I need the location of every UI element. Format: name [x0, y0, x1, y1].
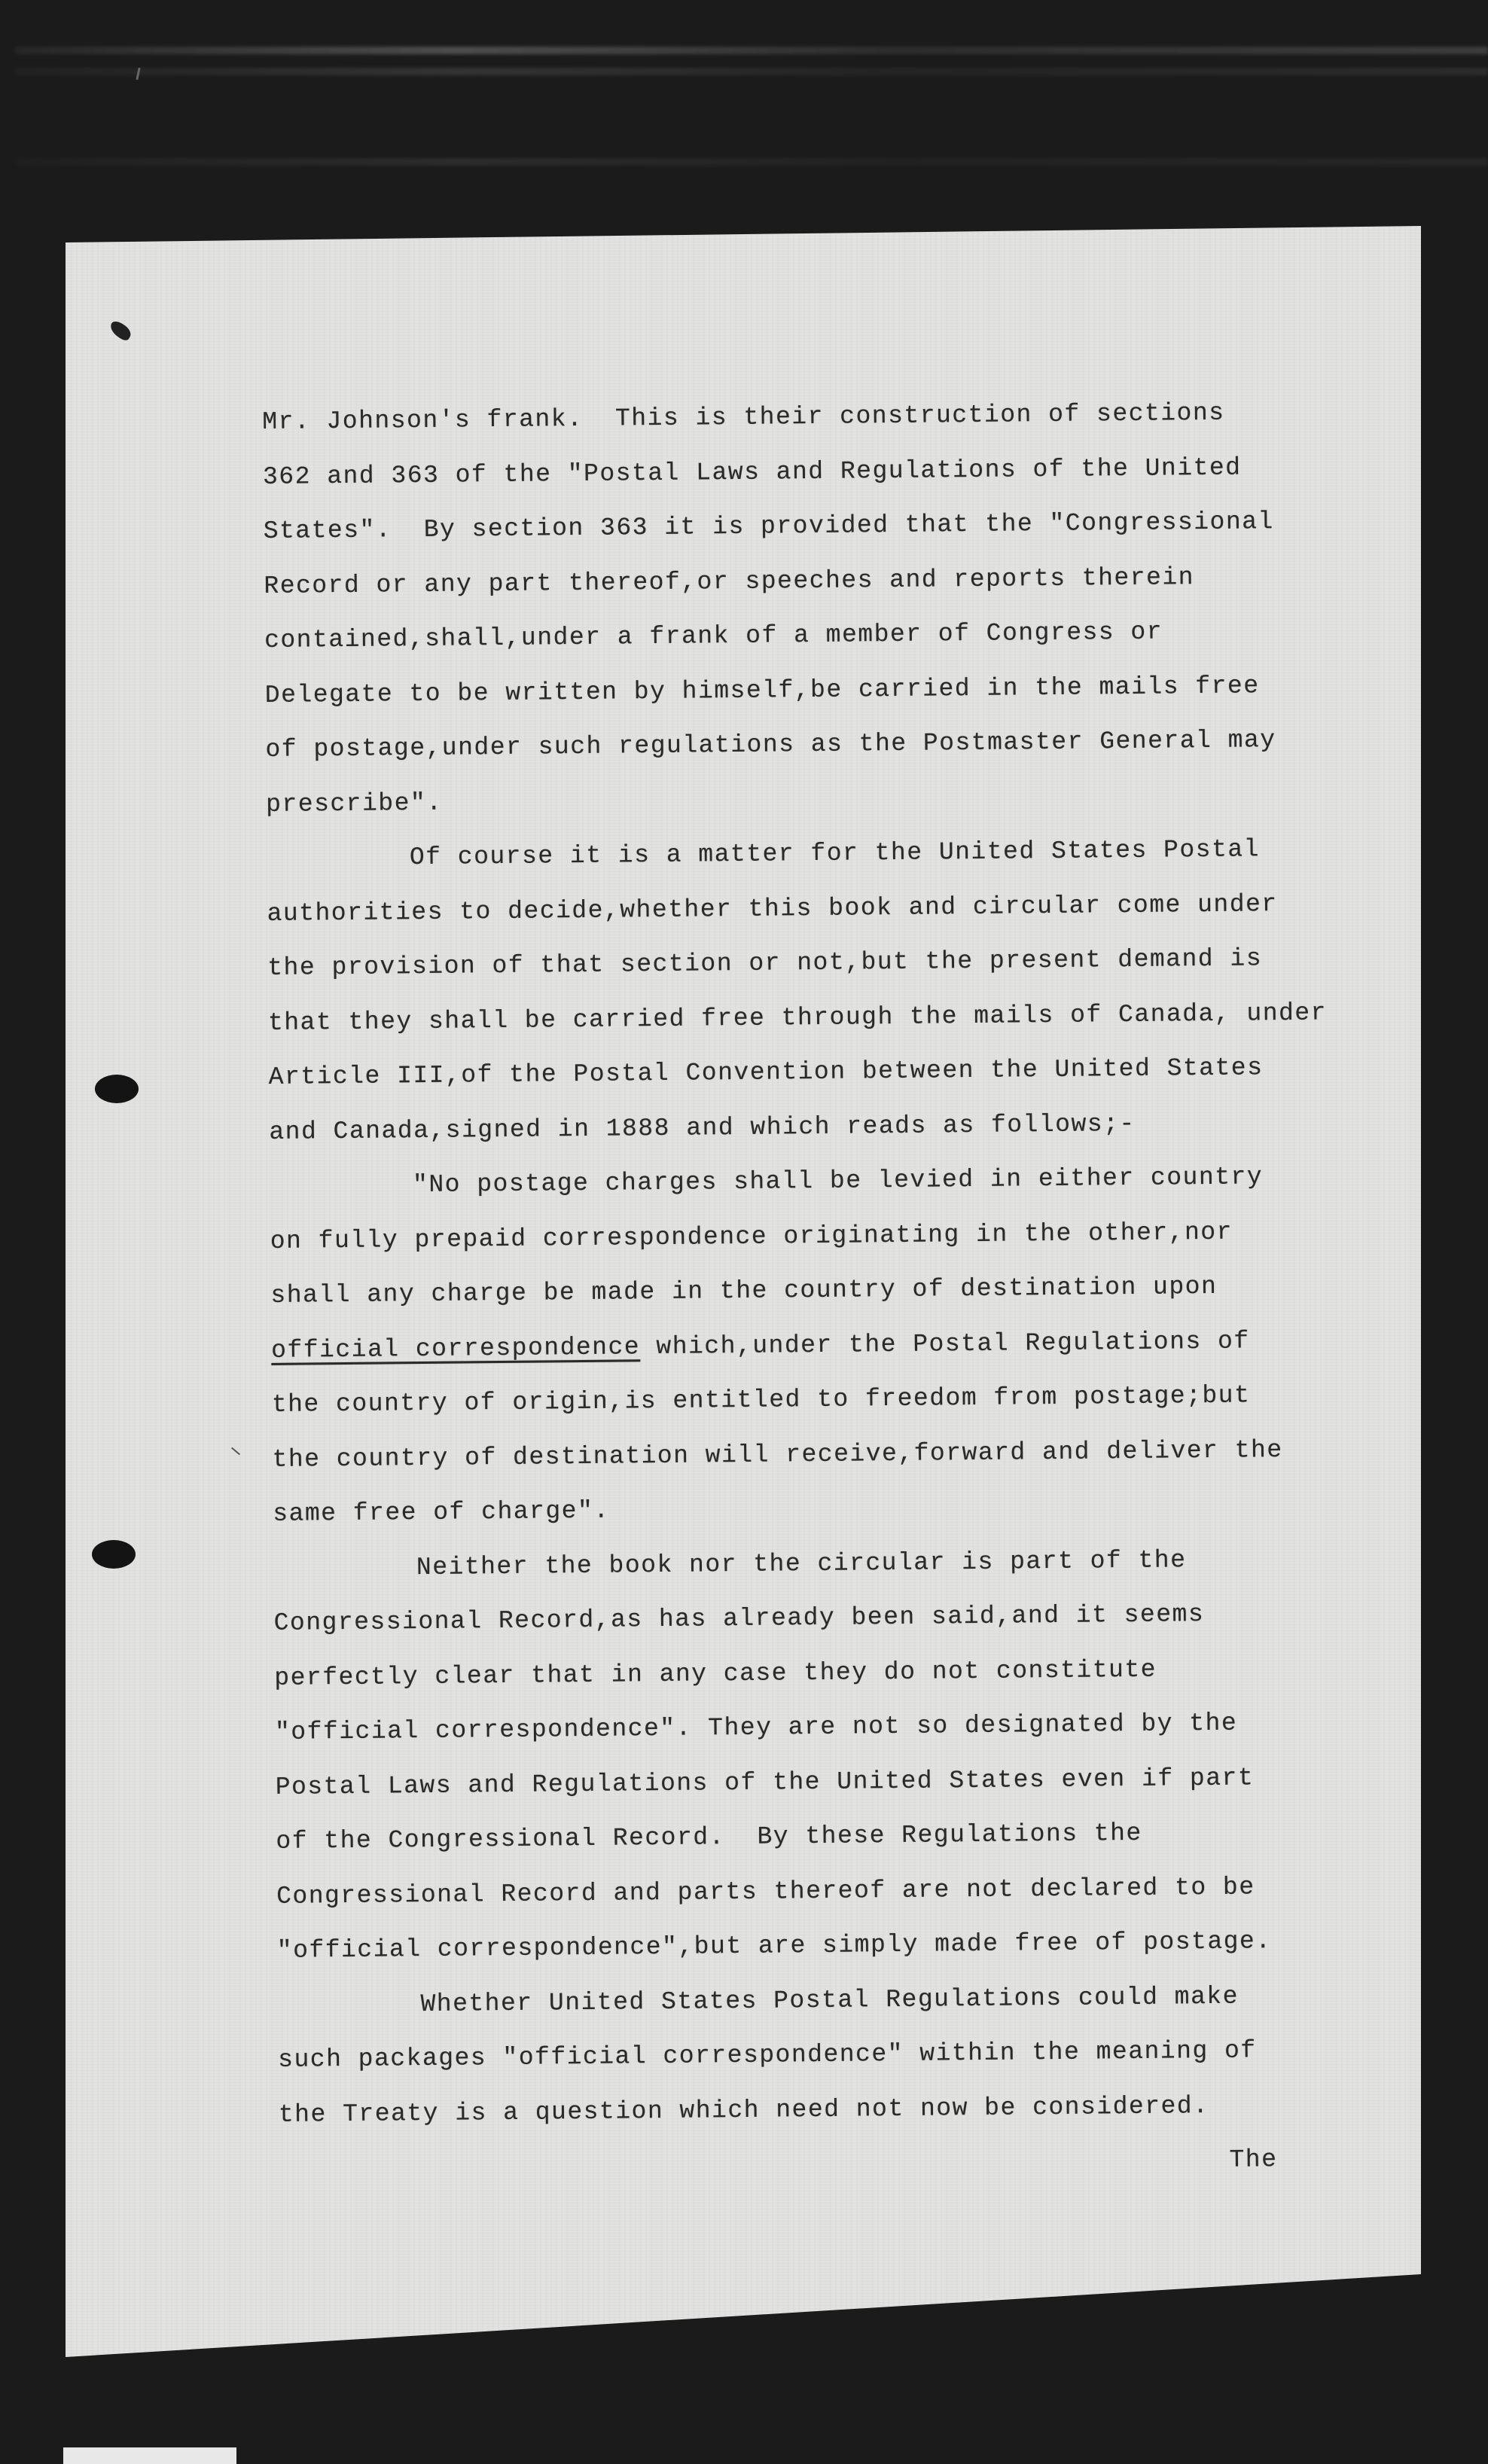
film-scratch-streak — [15, 47, 1488, 54]
quotation-line-rest: which,under the Postal Regulations of — [640, 1327, 1250, 1361]
paragraph-start-line: Of course it is a matter for the United … — [267, 822, 1374, 887]
quotation-line: shall any charge be made in the country … — [270, 1258, 1378, 1324]
punch-hole-icon — [95, 1075, 139, 1103]
text-line: of the Congressional Record. By these Re… — [276, 1804, 1383, 1870]
film-scratch-streak — [15, 68, 1488, 75]
text-line: Article III,of the Postal Convention bet… — [268, 1040, 1376, 1105]
text-line: "official correspondence",but are simply… — [276, 1914, 1384, 1979]
typewritten-body: Mr. Johnson's frank. This is their const… — [262, 385, 1386, 2197]
text-line: Mr. Johnson's frank. This is their const… — [262, 385, 1370, 450]
punch-hole-icon — [92, 1540, 136, 1569]
quotation-start-line: "No postage charges shall be levied in e… — [270, 1149, 1377, 1215]
text-line: prescribe". — [266, 767, 1374, 832]
next-frame-edge — [63, 2447, 236, 2464]
quotation-line: the country of destination will receive,… — [272, 1422, 1380, 1487]
text-line: "official correspondence". They are not … — [275, 1695, 1383, 1761]
film-scratch-streak — [15, 158, 1488, 166]
text-line: such packages "official correspondence" … — [278, 2023, 1386, 2088]
text-line: the provision of that section or not,but… — [267, 931, 1375, 996]
paragraph-start-line: Neither the book nor the circular is par… — [273, 1531, 1381, 1596]
catchword: The — [279, 2132, 1386, 2197]
text-line: States". By section 363 it is provided t… — [263, 494, 1371, 560]
text-line: Postal Laws and Regulations of the Unite… — [275, 1749, 1383, 1815]
underlined-phrase: official correspondence — [271, 1333, 640, 1365]
text-line: of postage,under such regulations as the… — [265, 712, 1373, 778]
quotation-line: the country of origin,is entitled to fre… — [272, 1368, 1380, 1433]
